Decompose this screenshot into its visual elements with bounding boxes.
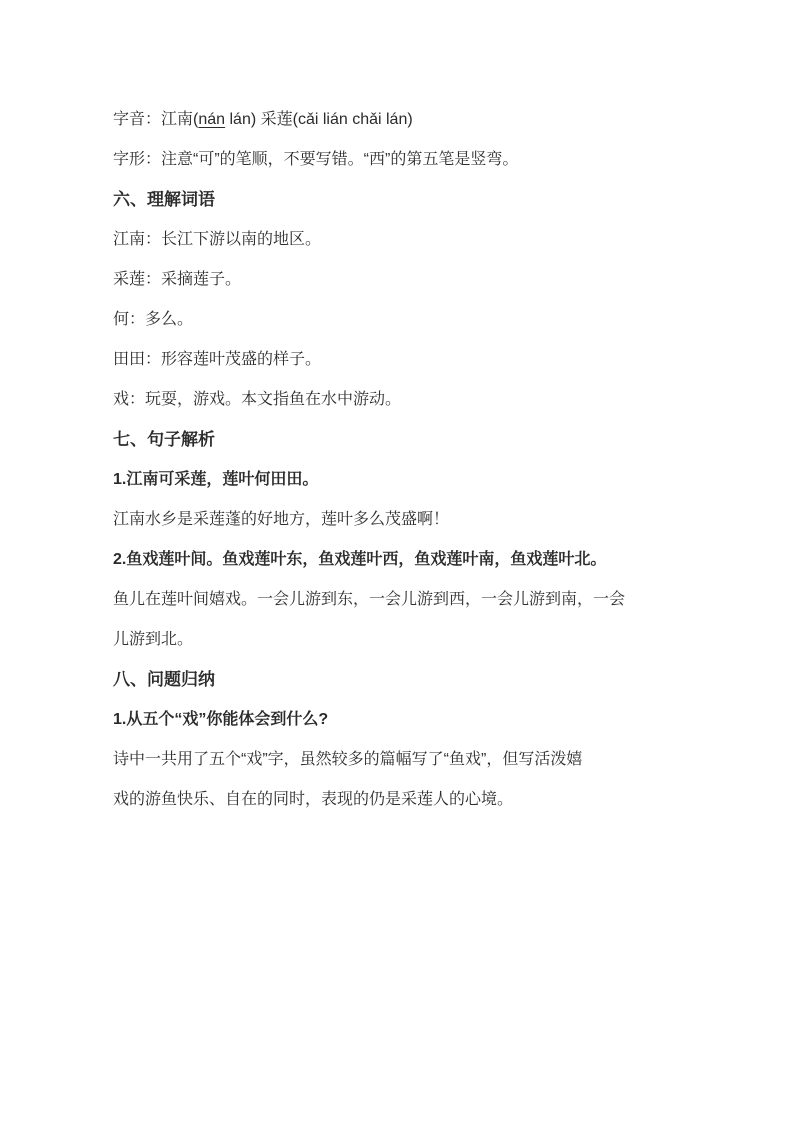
section-heading-question-summary: 八、问题归纳 — [113, 660, 683, 700]
question-1: 1.从五个“戏”你能体会到什么? — [113, 700, 683, 740]
sentence-2-explanation: 鱼儿在莲叶间嬉戏。一会儿游到东，一会儿游到西，一会儿游到南，一会 儿游到北。 — [113, 580, 683, 660]
sentence-1-explanation: 江南水乡是采莲蓬的好地方，莲叶多么茂盛啊！ — [113, 500, 683, 540]
phonetics-suffix: lán) 采莲(cǎi lián chǎi lán) — [225, 111, 413, 128]
phonetics-prefix: 字音：江南( — [113, 111, 198, 128]
document-page: 字音：江南(nán lán) 采莲(cǎi lián chǎi lán) 字形：… — [0, 0, 793, 1122]
sentence-2-quote: 2.鱼戏莲叶间。鱼戏莲叶东，鱼戏莲叶西，鱼戏莲叶南，鱼戏莲叶北。 — [113, 540, 683, 580]
word-item-jiangnan: 江南：长江下游以南的地区。 — [113, 220, 683, 260]
word-item-he: 何：多么。 — [113, 300, 683, 340]
sentence-1-quote: 1.江南可采莲，莲叶何田田。 — [113, 460, 683, 500]
word-item-xi: 戏：玩耍，游戏。本文指鱼在水中游动。 — [113, 380, 683, 420]
section-heading-word-meanings: 六、理解词语 — [113, 180, 683, 220]
phonetics-line: 字音：江南(nán lán) 采莲(cǎi lián chǎi lán) — [113, 100, 683, 140]
word-item-tiantian: 田田：形容莲叶茂盛的样子。 — [113, 340, 683, 380]
section-heading-sentence-analysis: 七、句子解析 — [113, 420, 683, 460]
question-1-answer: 诗中一共用了五个“戏”字，虽然较多的篇幅写了“鱼戏”，但写活泼嬉 戏的游鱼快乐、… — [113, 740, 683, 820]
underlined-pinyin: nán — [198, 111, 225, 128]
word-item-cailian: 采莲：采摘莲子。 — [113, 260, 683, 300]
glyph-note-line: 字形：注意“可”的笔顺，不要写错。“西”的第五笔是竖弯。 — [113, 140, 683, 180]
